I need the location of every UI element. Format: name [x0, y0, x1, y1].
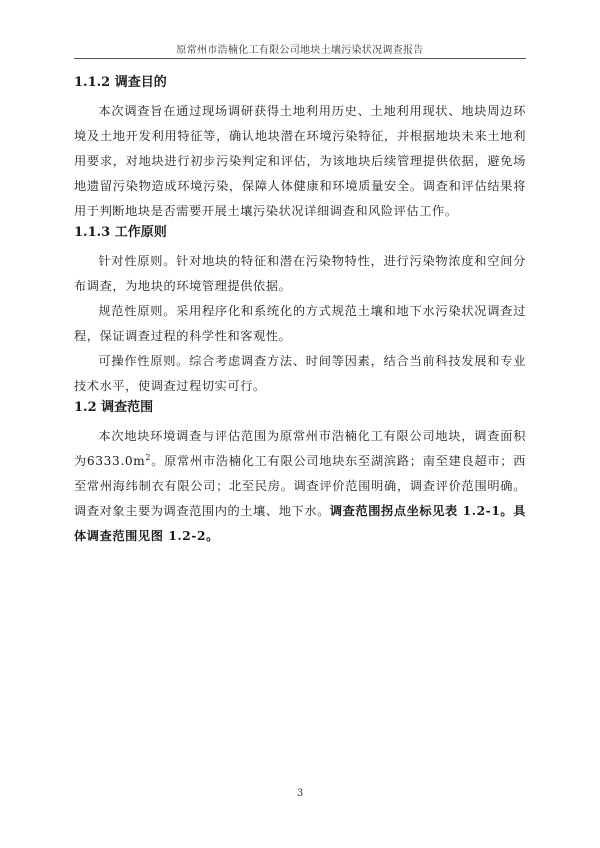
- section-heading: 1.1.3 工作原则: [74, 224, 526, 249]
- section-heading: 1.2 调查范围: [74, 399, 526, 424]
- paragraph: 针对性原则。针对地块的特征和潜在污染物特性，进行污染物浓度和空间分布调查，为地块…: [74, 249, 526, 299]
- header-title: 原常州市浩楠化工有限公司地块土壤污染状况调查报告: [176, 45, 423, 56]
- paragraph: 本次调查旨在通过现场调研获得土地利用历史、土地利用现状、地块周边环境及土地开发利…: [74, 99, 526, 224]
- paragraph: 可操作性原则。综合考虑调查方法、时间等因素，结合当前科技发展和专业技术水平，使调…: [74, 349, 526, 399]
- paragraph: 规范性原则。采用程序化和系统化的方式规范土壤和地下水污染状况调查过程，保证调查过…: [74, 299, 526, 349]
- paragraph: 本次地块环境调查与评估范围为原常州市浩楠化工有限公司地块，调查面积为6333.0…: [74, 424, 526, 549]
- page-header: 原常州市浩楠化工有限公司地块土壤污染状况调查报告: [74, 38, 526, 59]
- section-work-principles: 1.1.3 工作原则 针对性原则。针对地块的特征和潜在污染物特性，进行污染物浓度…: [74, 224, 526, 399]
- page-number: 3: [0, 788, 600, 799]
- document-body: 1.1.2 调查目的 本次调查旨在通过现场调研获得土地利用历史、土地利用现状、地…: [74, 74, 526, 549]
- section-heading: 1.1.2 调查目的: [74, 74, 526, 99]
- section-survey-purpose: 1.1.2 调查目的 本次调查旨在通过现场调研获得土地利用历史、土地利用现状、地…: [74, 74, 526, 224]
- section-survey-scope: 1.2 调查范围 本次地块环境调查与评估范围为原常州市浩楠化工有限公司地块，调查…: [74, 399, 526, 549]
